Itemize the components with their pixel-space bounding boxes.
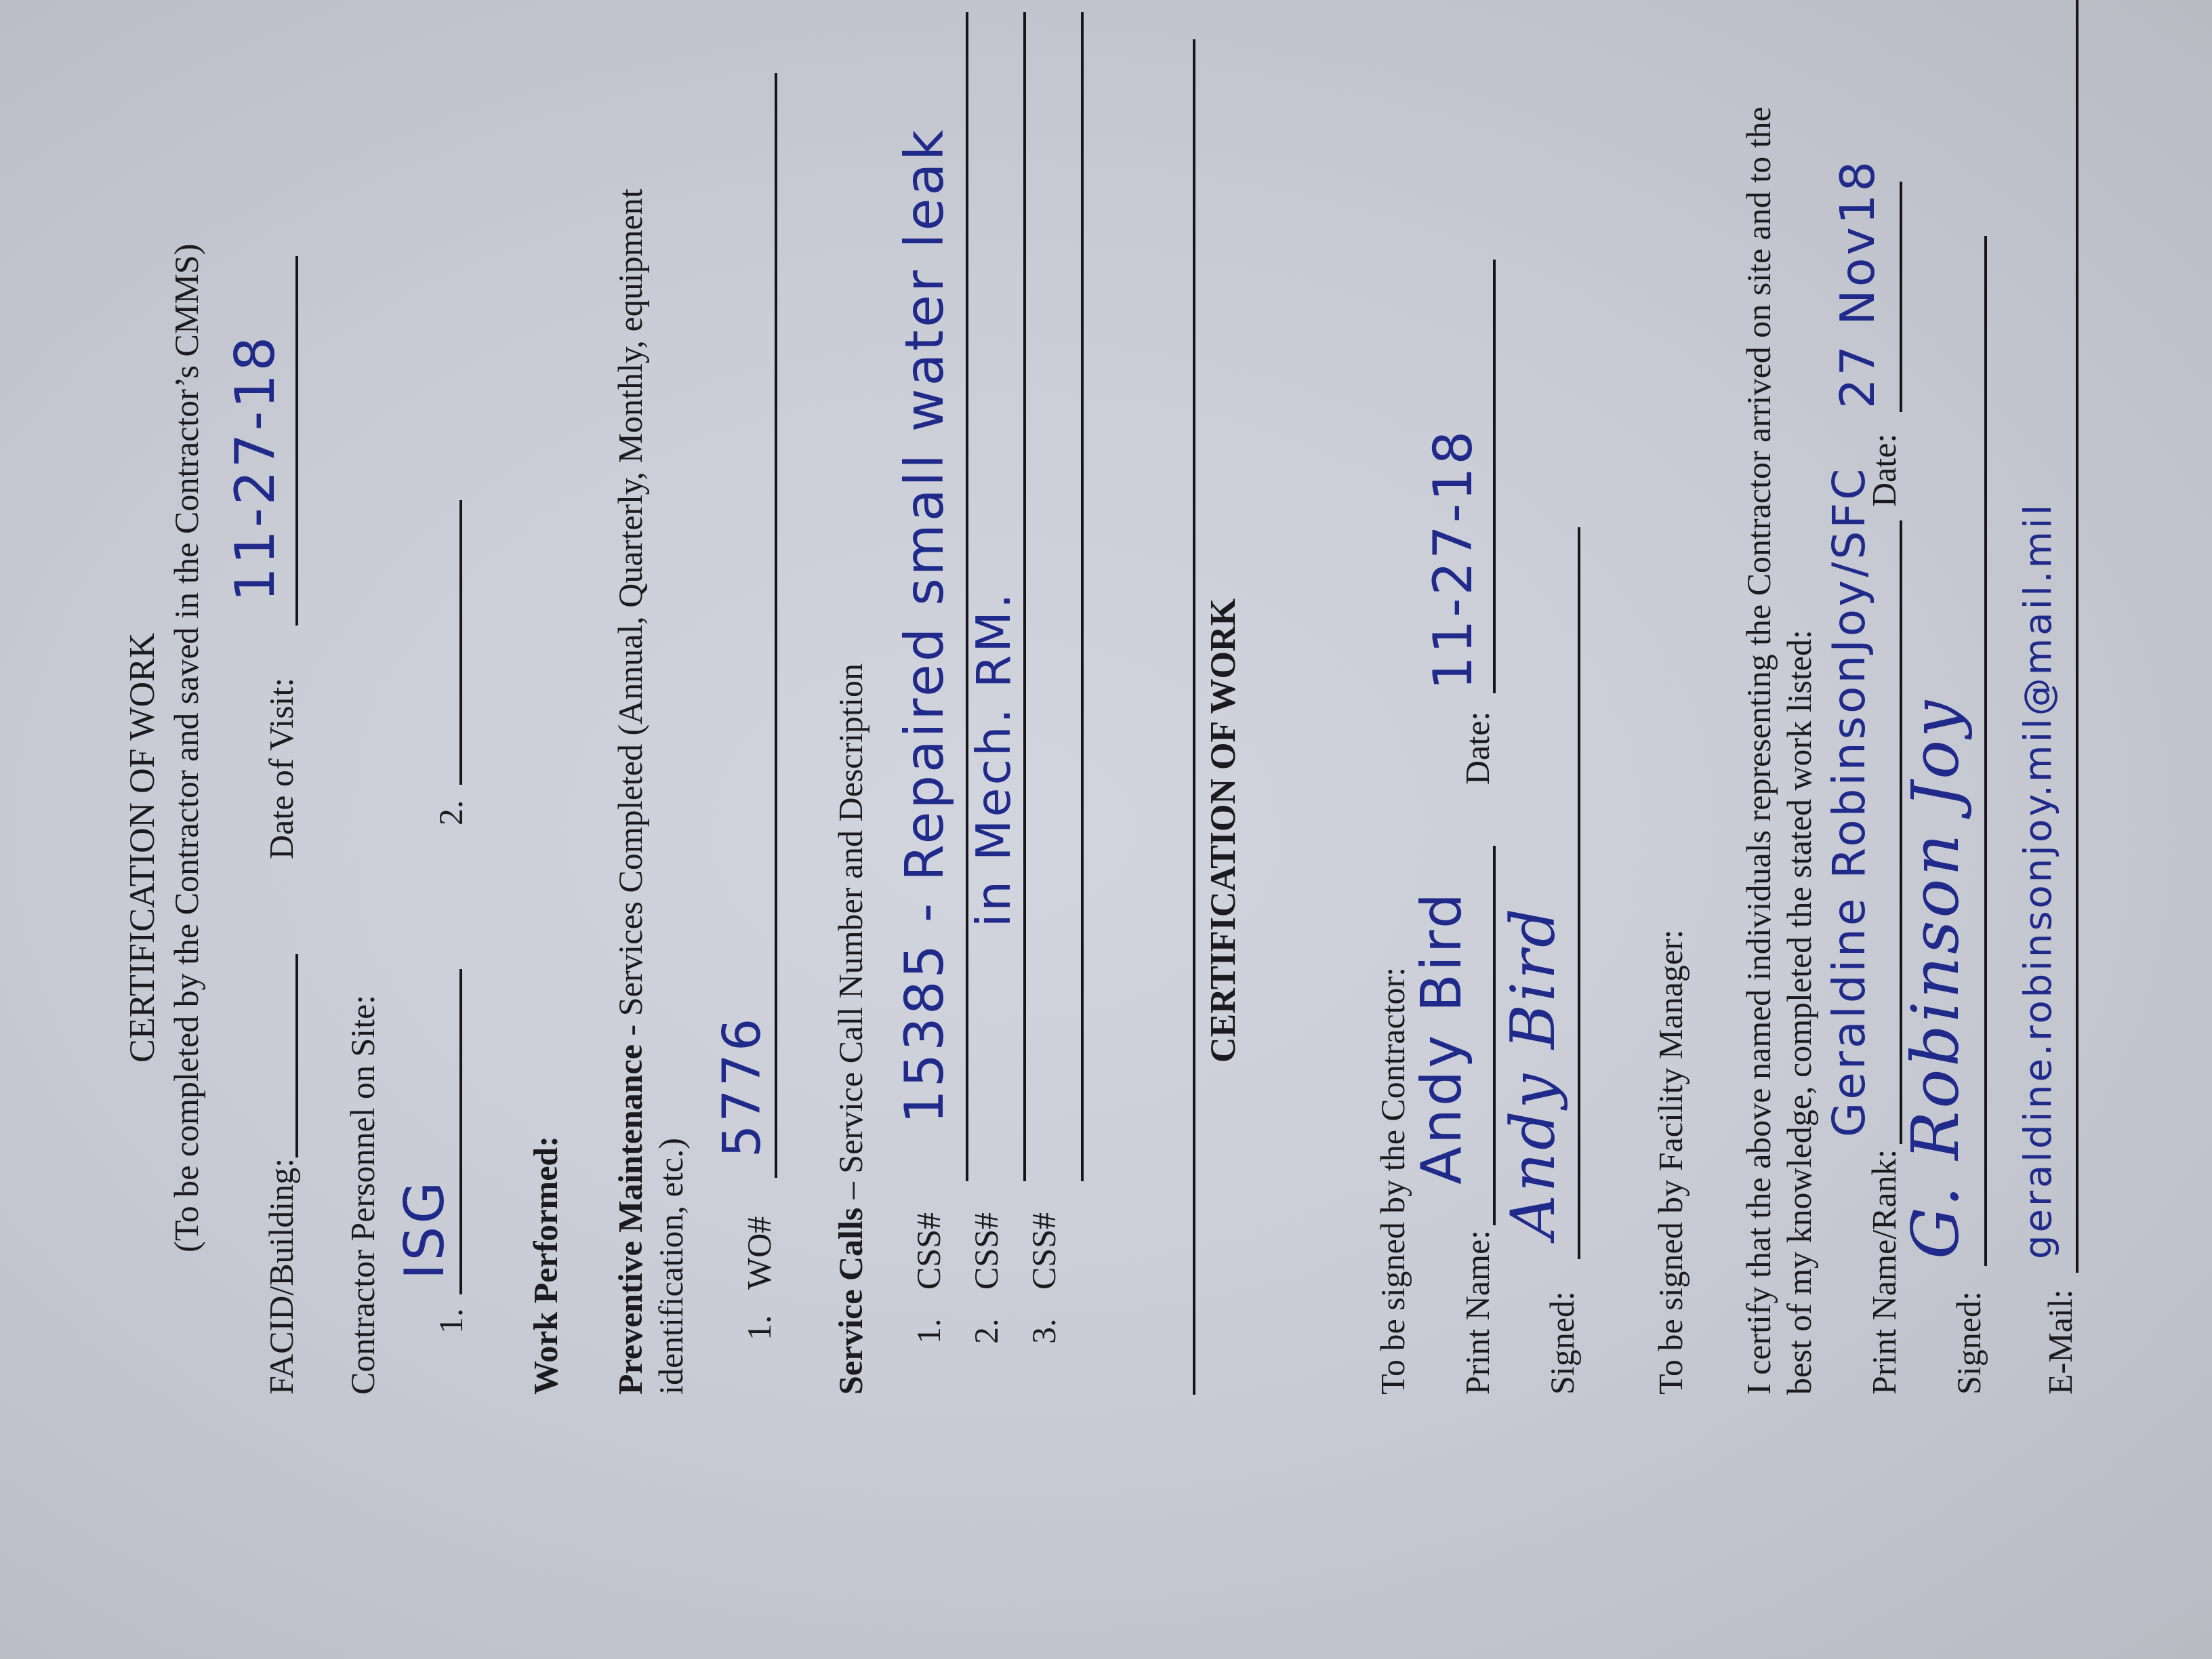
facility-sign-label: To be signed by Facility Manager: xyxy=(1654,929,1687,1395)
css-1-label: CSS# xyxy=(912,1212,945,1290)
wo-1-value: 5776 xyxy=(712,1016,772,1158)
signed-label: Signed: xyxy=(1545,1291,1579,1395)
print-name-field-line[interactable] xyxy=(1493,846,1496,1225)
section-divider xyxy=(1193,39,1195,1395)
facid-field-line[interactable] xyxy=(295,954,298,1158)
date-of-visit-label: Date of Visit: xyxy=(264,678,298,859)
facid-label: FACID/Building: xyxy=(264,1158,298,1395)
personnel-1-number: 1. xyxy=(434,1309,468,1334)
contractor-date-value: 11-27-18 xyxy=(1423,428,1484,690)
signed-field-line[interactable] xyxy=(1578,527,1580,1259)
css-2-value: in Mech. RM. xyxy=(966,591,1021,927)
pm-label: Preventive Maintenance xyxy=(611,1044,649,1395)
wo-1-field-line[interactable] xyxy=(775,73,777,1178)
print-name-label: Print Name: xyxy=(1460,1230,1494,1395)
css-2-field-line[interactable] xyxy=(1023,12,1026,1181)
certification-title: CERTIFICATION OF WORK xyxy=(1206,598,1242,1063)
form-title: CERTIFICATION OF WORK xyxy=(125,633,161,1063)
css-2-number: 2. xyxy=(969,1319,1003,1345)
personnel-1-value: ISG xyxy=(393,1179,456,1279)
service-calls-label: Service Calls xyxy=(832,1208,869,1395)
css-3-field-line[interactable] xyxy=(1081,12,1084,1181)
css-1-value: 15385 - Repaired small water leak xyxy=(895,127,956,1124)
email-label: E-Mail: xyxy=(2043,1289,2077,1395)
certification-form-sheet: CERTIFICATION OF WORK (To be completed b… xyxy=(0,0,2212,1659)
work-performed-heading: Work Performed: xyxy=(529,1136,562,1395)
pm-label-rest: - Services Completed (Annual, Quarterly,… xyxy=(611,188,649,1044)
email-value: geraldine.robinsonjoy.mil@mail.mil xyxy=(2016,502,2060,1259)
print-name-value: Andy Bird xyxy=(1410,890,1474,1185)
service-calls-heading: Service Calls – Service Call Number and … xyxy=(834,663,867,1395)
pm-description-line2: identification, etc.) xyxy=(654,1138,688,1395)
pm-description: Preventive Maintenance - Services Comple… xyxy=(613,188,647,1395)
contractor-signature: Andy Bird xyxy=(1498,905,1569,1239)
contractor-date-field-line[interactable] xyxy=(1493,260,1496,693)
certify-statement-line1: I certify that the above named individua… xyxy=(1742,106,1776,1395)
fm-print-name-label: Print Name/Rank: xyxy=(1867,1149,1901,1395)
date-of-visit-value: 11-27-18 xyxy=(224,334,287,602)
form-subtitle: (To be completed by the Contractor and s… xyxy=(169,244,203,1252)
fm-signed-field-line[interactable] xyxy=(1984,236,1987,1266)
personnel-2-number: 2. xyxy=(434,800,468,826)
personnel-label: Contractor Personnel on Site: xyxy=(346,995,380,1395)
css-2-label: CSS# xyxy=(969,1212,1003,1290)
contractor-sign-label: To be signed by the Contractor: xyxy=(1376,967,1410,1395)
email-field-line[interactable] xyxy=(2076,0,2078,1273)
service-calls-label-rest: – Service Call Number and Description xyxy=(832,663,869,1208)
fm-print-name-value: Geraldine RobinsonJoy/SFC xyxy=(1823,466,1875,1137)
certify-statement-line2: best of my knowledge, completed the stat… xyxy=(1782,630,1816,1395)
fm-signed-label: Signed: xyxy=(1952,1291,1986,1395)
contractor-date-label: Date: xyxy=(1460,712,1494,785)
date-of-visit-field-line[interactable] xyxy=(295,256,298,626)
fm-date-field-line[interactable] xyxy=(1900,182,1902,412)
fm-date-label: Date: xyxy=(1867,434,1901,507)
wo-1-number: 1. xyxy=(742,1315,776,1341)
personnel-2-field-line[interactable] xyxy=(459,500,462,785)
personnel-1-field-line[interactable] xyxy=(459,969,462,1294)
wo-1-label: WO# xyxy=(742,1216,776,1290)
css-1-number: 1. xyxy=(912,1319,945,1345)
css-3-number: 3. xyxy=(1027,1319,1061,1345)
fm-date-value: 27 Nov18 xyxy=(1830,159,1885,409)
css-3-label: CSS# xyxy=(1027,1212,1061,1290)
fm-signature: G. Robinson Joy xyxy=(1898,698,1973,1259)
